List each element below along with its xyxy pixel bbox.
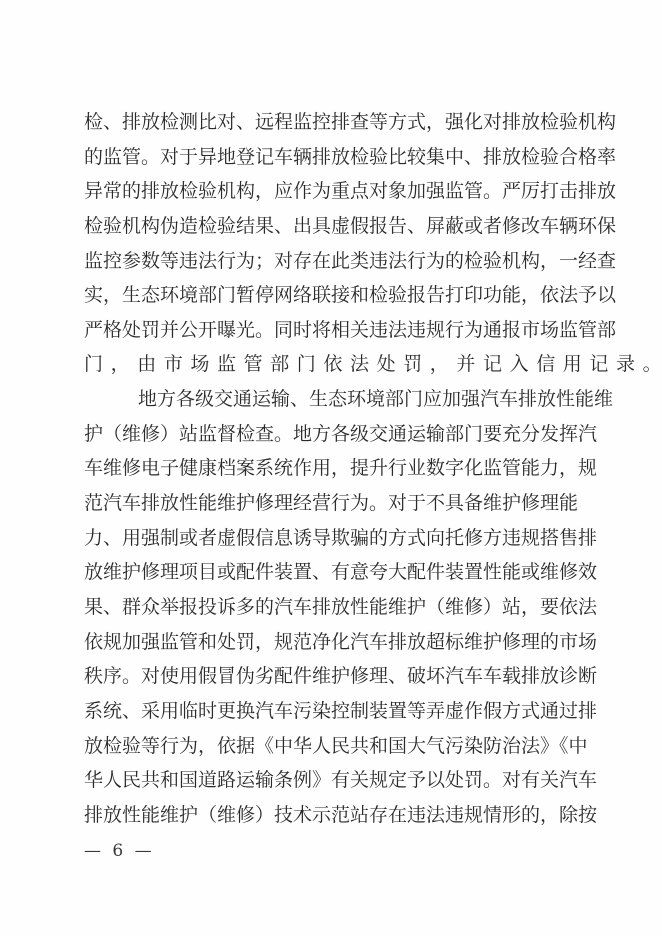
- text-line: 排放性能维护（维修）技术示范站存在违法违规情形的，除按: [84, 798, 578, 833]
- text-line: 车维修电子健康档案系统作用，提升行业数字化监管能力，规: [84, 451, 578, 486]
- text-line: 系统、采用临时更换汽车污染控制装置等弄虚作假方式通过排: [84, 694, 578, 729]
- text-line: 放检验等行为，依据《中华人民共和国大气污染防治法》《中: [84, 729, 578, 764]
- text-line: 的监管。对于异地登记车辆排放检验比较集中、排放检验合格率: [84, 140, 578, 175]
- text-line: 华人民共和国道路运输条例》有关规定予以处罚。对有关汽车: [84, 763, 578, 798]
- text-line: 护（维修）站监督检查。地方各级交通运输部门要充分发挥汽: [84, 417, 578, 452]
- body-text: 检、排放检测比对、远程监控排查等方式，强化对排放检验机构 的监管。对于异地登记车…: [84, 105, 578, 832]
- text-line: 实，生态环境部门暂停网络联接和检验报告打印功能，依法予以: [84, 278, 578, 313]
- text-line: 力、用强制或者虚假信息诱导欺骗的方式向托修方违规搭售排: [84, 521, 578, 556]
- paragraph-last-line: 门，由市场监管部门依法处罚，并记入信用记录。: [84, 347, 578, 382]
- text-line: 果、群众举报投诉多的汽车排放性能维护（维修）站，要依法: [84, 590, 578, 625]
- text-line: 秩序。对使用假冒伪劣配件维护修理、破坏汽车车载排放诊断: [84, 659, 578, 694]
- document-page: 检、排放检测比对、远程监控排查等方式，强化对排放检验机构 的监管。对于异地登记车…: [0, 0, 662, 936]
- text-line: 检、排放检测比对、远程监控排查等方式，强化对排放检验机构: [84, 105, 578, 140]
- page-number: — 6 —: [84, 841, 155, 861]
- text-line: 放维护修理项目或配件装置、有意夸大配件装置性能或维修效: [84, 555, 578, 590]
- text-line: 检验机构伪造检验结果、出具虚假报告、屏蔽或者修改车辆环保: [84, 209, 578, 244]
- text-line: 监控参数等违法行为；对存在此类违法行为的检验机构，一经查: [84, 244, 578, 279]
- text-line: 范汽车排放性能维护修理经营行为。对于不具备维护修理能: [84, 486, 578, 521]
- text-line: 依规加强监管和处罚，规范净化汽车排放超标维护修理的市场: [84, 625, 578, 660]
- text-line: 严格处罚并公开曝光。同时将相关违法违规行为通报市场监管部: [84, 313, 578, 348]
- text-line: 异常的排放检验机构，应作为重点对象加强监管。严厉打击排放: [84, 174, 578, 209]
- paragraph-first-line: 地方各级交通运输、生态环境部门应加强汽车排放性能维: [84, 382, 578, 417]
